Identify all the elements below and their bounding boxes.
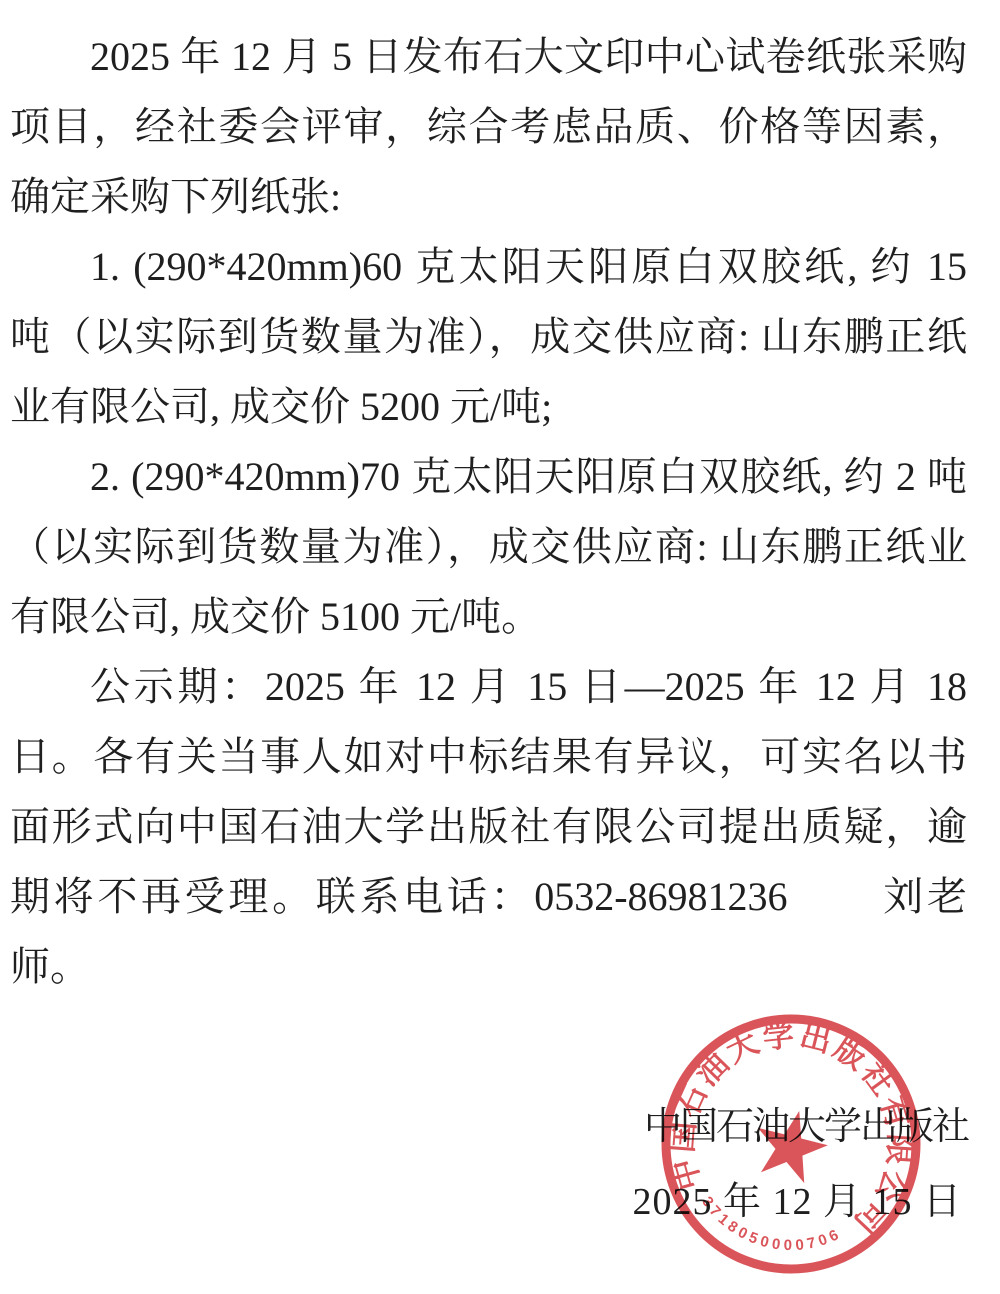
- paragraph-public-notice: 公示期：2025 年 12 月 15 日—2025 年 12 月 18 日。各有…: [10, 652, 967, 1002]
- official-seal-stamp: 中国石油大学出版社有限公司 3718050000706: [645, 998, 937, 1290]
- seal-serial-number: 3718050000706: [691, 1191, 848, 1269]
- announcement-body: 2025 年 12 月 5 日发布石大文印中心试卷纸张采购项目，经社委会评审，综…: [10, 22, 967, 1002]
- paragraph-intro: 2025 年 12 月 5 日发布石大文印中心试卷纸张采购项目，经社委会评审，综…: [10, 22, 967, 232]
- seal-star-icon: [748, 1102, 835, 1186]
- document-page: 2025 年 12 月 5 日发布石大文印中心试卷纸张采购项目，经社委会评审，综…: [0, 0, 1000, 1294]
- paragraph-item-1: 1. (290*420mm)60 克太阳天阳原白双胶纸, 约 15 吨（以实际到…: [10, 232, 967, 442]
- paragraph-item-2: 2. (290*420mm)70 克太阳天阳原白双胶纸, 约 2 吨（以实际到货…: [10, 442, 967, 652]
